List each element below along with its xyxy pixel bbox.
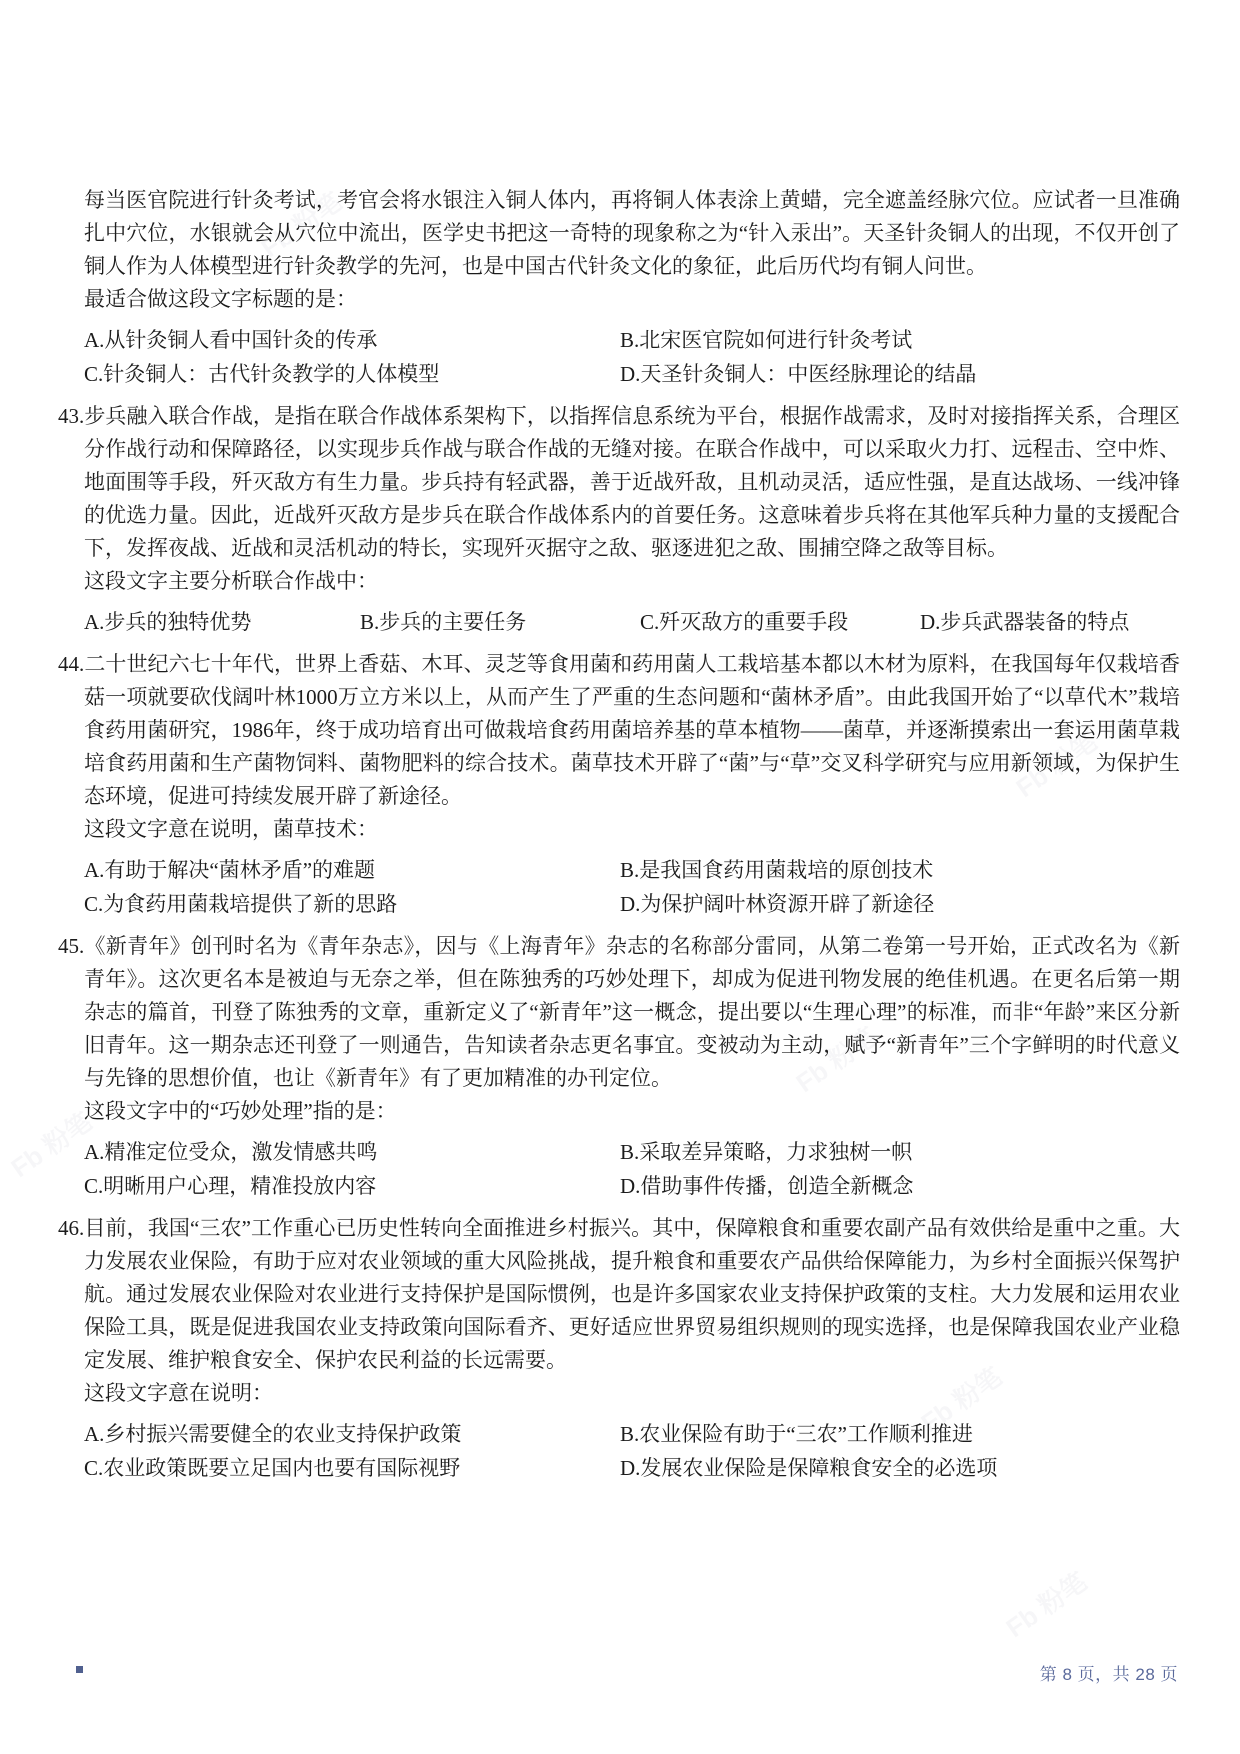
question-stem: 45.《新青年》创刊时名为《青年杂志》，因与《上海青年》杂志的名称部分雷同，从第… — [58, 930, 1180, 1095]
option-a: A.步兵的独特优势 — [84, 605, 360, 639]
options-grid: A.精准定位受众，激发情感共鸣 B.采取差异策略，力求独树一帜 C.明晰用户心理… — [58, 1135, 1180, 1203]
option-a: A.精准定位受众，激发情感共鸣 — [84, 1135, 620, 1169]
question-number: 43. — [58, 404, 84, 428]
options-grid: A.乡村振兴需要健全的农业支持保护政策 B.农业保险有助于“三农”工作顺利推进 … — [58, 1417, 1180, 1485]
option-d: D.为保护阔叶林资源开辟了新途径 — [620, 887, 1180, 921]
question-block-45: 45.《新青年》创刊时名为《青年杂志》，因与《上海青年》杂志的名称部分雷同，从第… — [58, 930, 1180, 1203]
option-b: B.步兵的主要任务 — [360, 605, 640, 639]
question-number: 46. — [58, 1216, 84, 1240]
option-c: C.歼灭敌方的重要手段 — [640, 605, 920, 639]
option-a: A.从针灸铜人看中国针灸的传承 — [84, 323, 620, 357]
option-d: D.借助事件传播，创造全新概念 — [620, 1169, 1180, 1203]
question-stem: 46.目前，我国“三农”工作重心已历史性转向全面推进乡村振兴。其中，保障粮食和重… — [58, 1212, 1180, 1377]
option-c: C.明晰用户心理，精准投放内容 — [84, 1169, 620, 1203]
options-grid: A.从针灸铜人看中国针灸的传承 B.北宋医官院如何进行针灸考试 C.针灸铜人：古… — [58, 323, 1180, 391]
option-d: D.发展农业保险是保障粮食安全的必选项 — [620, 1451, 1180, 1485]
exam-page: Fb 粉笔 Fb 粉笔 Fb 粉笔 Fb 粉笔 Fb 粉笔 Fb 粉笔 每当医官… — [0, 0, 1240, 1754]
question-stem-text: 目前，我国“三农”工作重心已历史性转向全面推进乡村振兴。其中，保障粮食和重要农副… — [84, 1216, 1180, 1372]
question-prompt: 最适合做这段文字标题的是： — [58, 283, 1180, 316]
option-c: C.为食药用菌栽培提供了新的思路 — [84, 887, 620, 921]
question-number: 45. — [58, 934, 84, 958]
footer-bullet-icon — [76, 1666, 83, 1673]
question-prompt: 这段文字意在说明： — [58, 1377, 1180, 1410]
option-b: B.北宋医官院如何进行针灸考试 — [620, 323, 1180, 357]
options-grid: A.步兵的独特优势 B.步兵的主要任务 C.歼灭敌方的重要手段 D.步兵武器装备… — [58, 605, 1180, 639]
question-stem-text: 二十世纪六七十年代，世界上香菇、木耳、灵芝等食用菌和药用菌人工栽培基本都以木材为… — [84, 652, 1180, 808]
question-block-42: 每当医官院进行针灸考试，考官会将水银注入铜人体内，再将铜人体表涂上黄蜡，完全遮盖… — [58, 184, 1180, 391]
option-a: A.乡村振兴需要健全的农业支持保护政策 — [84, 1417, 620, 1451]
question-block-44: 44.二十世纪六七十年代，世界上香菇、木耳、灵芝等食用菌和药用菌人工栽培基本都以… — [58, 648, 1180, 921]
question-block-43: 43.步兵融入联合作战，是指在联合作战体系架构下，以指挥信息系统为平台，根据作战… — [58, 400, 1180, 639]
watermark: Fb 粉笔 — [998, 1562, 1094, 1645]
option-d: D.天圣针灸铜人：中医经脉理论的结晶 — [620, 357, 1180, 391]
option-b: B.是我国食药用菌栽培的原创技术 — [620, 853, 1180, 887]
option-b: B.农业保险有助于“三农”工作顺利推进 — [620, 1417, 1180, 1451]
question-stem: 每当医官院进行针灸考试，考官会将水银注入铜人体内，再将铜人体表涂上黄蜡，完全遮盖… — [58, 184, 1180, 283]
question-stem-text: 步兵融入联合作战，是指在联合作战体系架构下，以指挥信息系统为平台，根据作战需求，… — [84, 404, 1180, 560]
question-stem-text: 每当医官院进行针灸考试，考官会将水银注入铜人体内，再将铜人体表涂上黄蜡，完全遮盖… — [84, 188, 1180, 278]
page-number-indicator: 第 8 页，共 28 页 — [1040, 1660, 1178, 1685]
question-prompt: 这段文字中的“巧妙处理”指的是： — [58, 1095, 1180, 1128]
options-grid: A.有助于解决“菌林矛盾”的难题 B.是我国食药用菌栽培的原创技术 C.为食药用… — [58, 853, 1180, 921]
option-b: B.采取差异策略，力求独树一帜 — [620, 1135, 1180, 1169]
question-block-46: 46.目前，我国“三农”工作重心已历史性转向全面推进乡村振兴。其中，保障粮食和重… — [58, 1212, 1180, 1485]
option-c: C.针灸铜人：古代针灸教学的人体模型 — [84, 357, 620, 391]
option-d: D.步兵武器装备的特点 — [920, 605, 1180, 639]
question-stem: 44.二十世纪六七十年代，世界上香菇、木耳、灵芝等食用菌和药用菌人工栽培基本都以… — [58, 648, 1180, 813]
option-c: C.农业政策既要立足国内也要有国际视野 — [84, 1451, 620, 1485]
question-stem: 43.步兵融入联合作战，是指在联合作战体系架构下，以指挥信息系统为平台，根据作战… — [58, 400, 1180, 565]
option-a: A.有助于解决“菌林矛盾”的难题 — [84, 853, 620, 887]
question-prompt: 这段文字主要分析联合作战中： — [58, 565, 1180, 598]
question-prompt: 这段文字意在说明，菌草技术： — [58, 813, 1180, 846]
question-stem-text: 《新青年》创刊时名为《青年杂志》，因与《上海青年》杂志的名称部分雷同，从第二卷第… — [84, 934, 1180, 1090]
question-number: 44. — [58, 652, 84, 676]
page-content: 每当医官院进行针灸考试，考官会将水银注入铜人体内，再将铜人体表涂上黄蜡，完全遮盖… — [58, 184, 1180, 1485]
